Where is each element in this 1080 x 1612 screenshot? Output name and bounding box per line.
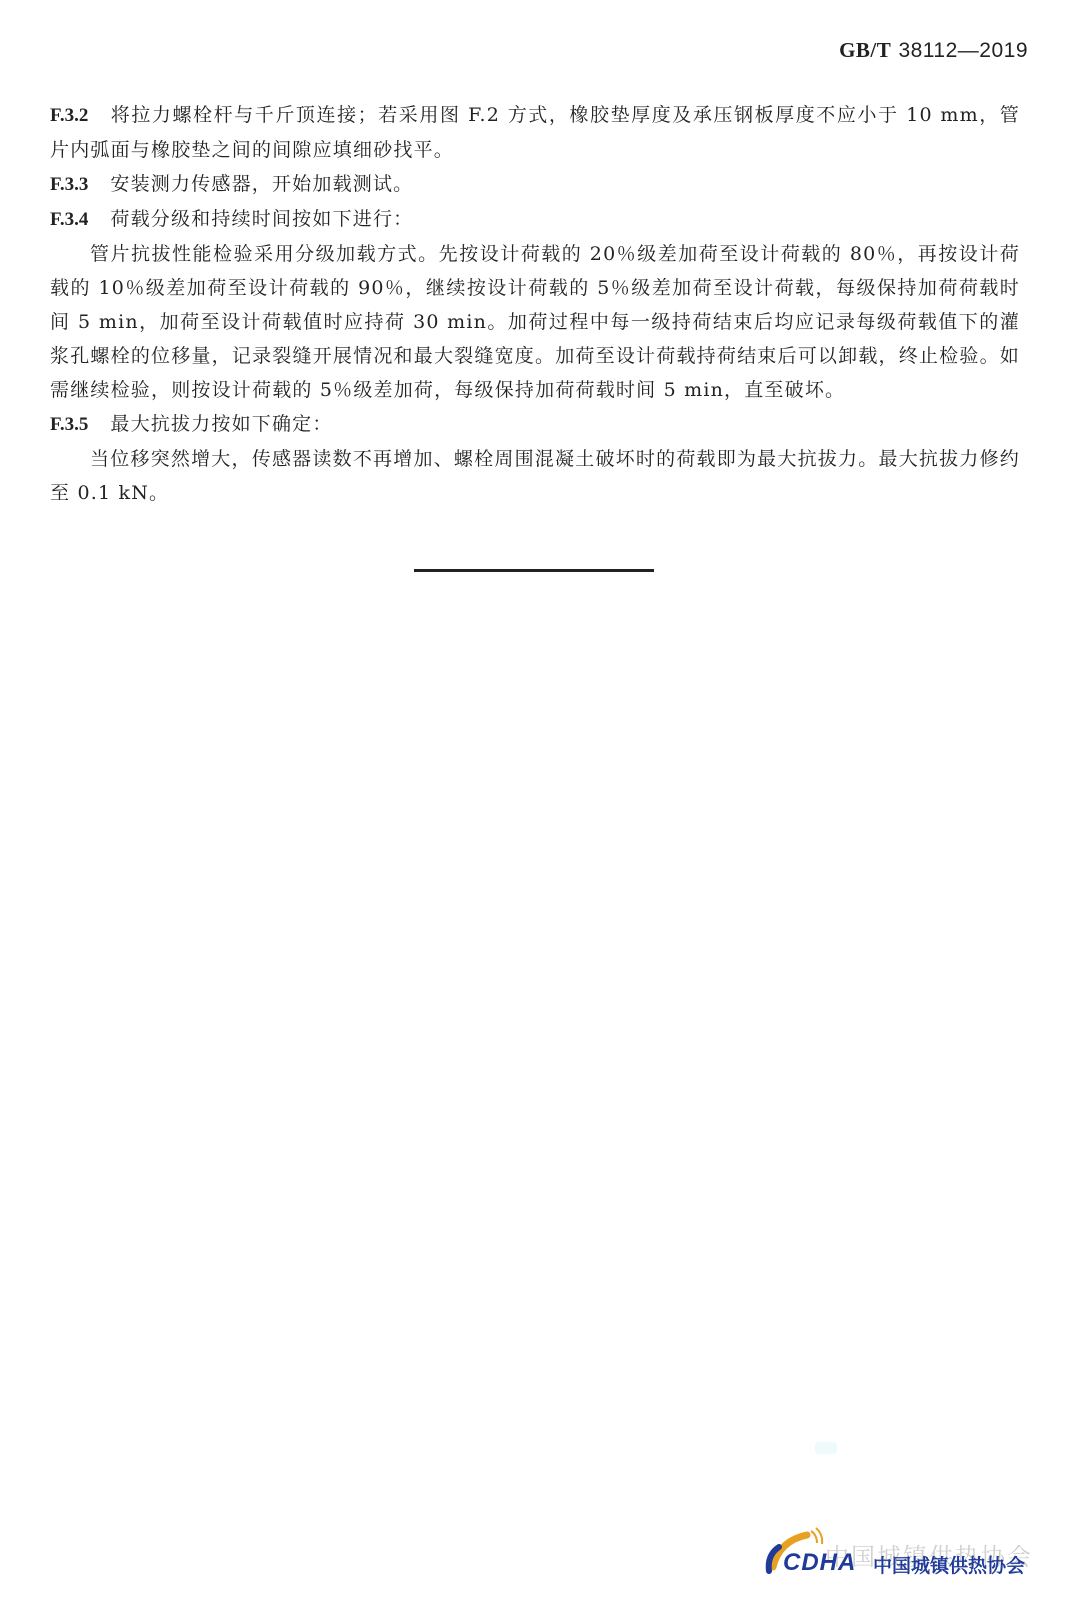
clause-number: F.3.5 (50, 414, 88, 435)
end-of-standard-rule (414, 569, 654, 572)
logo-letters: CDHA (783, 1549, 856, 1577)
clause-f-3-2: F.3.2将拉力螺栓杆与千斤顶连接；若采用图 F.2 方式，橡胶垫厚度及承压钢板… (50, 98, 1020, 167)
loading-procedure-paragraph: 管片抗拔性能检验采用分级加载方式。先按设计荷载的 20％级差加荷至设计荷载的 8… (50, 237, 1020, 407)
clause-text: 安装测力传感器，开始加载测试。 (110, 173, 413, 195)
clause-number: F.3.2 (50, 105, 88, 126)
standard-code-header: GB/T 38112—2019 (839, 38, 1028, 63)
clause-f-3-3: F.3.3安装测力传感器，开始加载测试。 (50, 167, 1020, 202)
clause-text: 将拉力螺栓杆与千斤顶连接；若采用图 F.2 方式，橡胶垫厚度及承压钢板厚度不应小… (50, 104, 1020, 161)
standard-number: 38112—2019 (898, 39, 1028, 62)
standard-prefix: GB/T (839, 38, 891, 62)
scan-artifact (815, 1442, 837, 1454)
clause-number: F.3.4 (50, 209, 88, 230)
clause-number: F.3.3 (50, 174, 88, 195)
document-body: F.3.2将拉力螺栓杆与千斤顶连接；若采用图 F.2 方式，橡胶垫厚度及承压钢板… (50, 98, 1020, 510)
clause-f-3-4: F.3.4荷载分级和持续时间按如下进行： (50, 202, 1020, 237)
clause-f-3-5: F.3.5最大抗拔力按如下确定： (50, 407, 1020, 442)
clause-text: 最大抗拔力按如下确定： (110, 413, 332, 435)
organization-name: 中国城镇供热协会 (873, 1551, 1025, 1578)
max-pullout-paragraph: 当位移突然增大，传感器读数不再增加、螺栓周围混凝土破坏时的荷载即为最大抗拔力。最… (50, 442, 1020, 510)
cdha-watermark-logo: 中国城镇供热协会 CDHA 中国城镇供热协会 (765, 1535, 1065, 1585)
clause-text: 荷载分级和持续时间按如下进行： (110, 208, 413, 230)
